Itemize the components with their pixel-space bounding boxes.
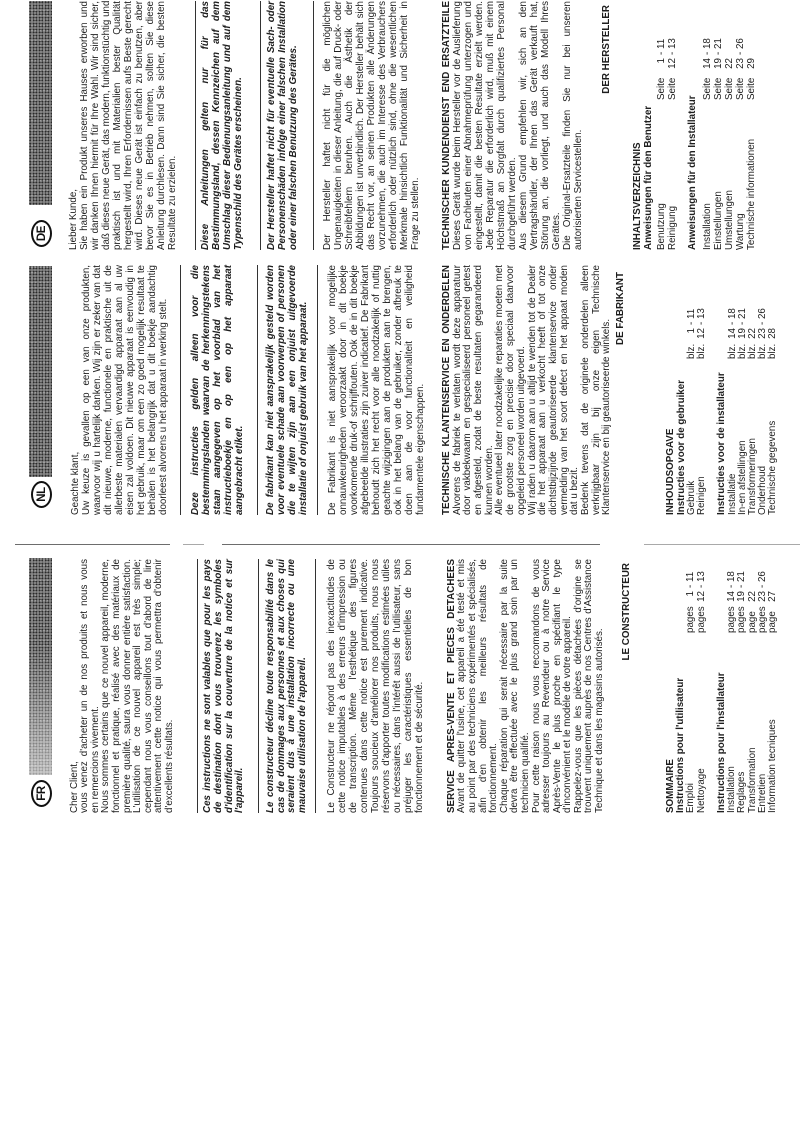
notice-liability: Le constructeur décline toute responsabi… xyxy=(258,559,309,813)
text-line: staan aangegeven op het voorblad van het xyxy=(212,265,223,515)
text-line: doen aan de voor functionaliteit en veil… xyxy=(404,265,415,515)
text-line: instructieboekje en op een op het appara… xyxy=(223,265,234,515)
text-line: vorzunehmen, die auch im Interesse des V… xyxy=(377,1,388,250)
text-line: Toujours soucieux d'améliorer nos produi… xyxy=(370,559,381,813)
halftone-header-bar xyxy=(29,1,52,205)
toc-page-ref: blz.12- 13 xyxy=(697,308,707,359)
fold-line xyxy=(183,544,204,545)
text-line: mauvaise utilisation de l'appareil. xyxy=(298,559,309,813)
text-line: behalen is het belangrijk dat u dit boek… xyxy=(147,265,158,515)
text-line: Personenschäden infolge einer falschen I… xyxy=(277,1,288,250)
text-line: autorisierten Servicestellen. xyxy=(573,1,584,250)
text-line: doorleest alvorens u het apparaat in wer… xyxy=(158,265,169,515)
language-badge-de: DE xyxy=(31,220,52,247)
text-line: durchgeführt werden. xyxy=(507,1,518,250)
text-line: de transcription. Même l'esthétique des … xyxy=(348,559,359,813)
text-line: Resultate zu erzielen. xyxy=(167,1,178,250)
table-of-contents: INHOUDSOPGAVE Instructies voor de gebrui… xyxy=(666,265,778,515)
toc-item: Benutzung Seite1- 11 xyxy=(656,1,667,250)
disclaimer-paragraph: Le Constructeur ne répond pas des inexac… xyxy=(315,559,425,813)
column-body: Cher Client, vous venez d'acheter un de … xyxy=(70,559,779,813)
text-line: eingestellt, damit die besten Resultate … xyxy=(474,1,485,250)
language-badge-nl: NL xyxy=(31,481,52,508)
text-line: ook in het belang van de gebruiker, zond… xyxy=(393,265,404,515)
notice-liability: De fabrikant kan niet aansprakelijk gest… xyxy=(257,265,309,515)
toc-item-label: Reinigung xyxy=(667,206,678,250)
column-fr: FR Cher Client, vous venez d'acheter un … xyxy=(0,559,802,813)
toc-item: Reinigen blz.12- 13 xyxy=(697,265,707,515)
column-de: DE Lieber Kunde, Sie haben ein Produkt u… xyxy=(0,1,802,250)
table-of-contents: SOMMAIRE Instructions pour l'utilisateur… xyxy=(666,559,778,813)
text-line: opgeleid personeel worden uitgevoerd. xyxy=(517,265,528,515)
text-line: fonctionnement et de sécurité. xyxy=(414,559,425,813)
service-section: SERVICE APRES-VENTE ET PIECES DETACHEES … xyxy=(447,559,606,813)
language-badge-fr: FR xyxy=(31,780,52,807)
text-line: Der Hersteller haftet nicht für die mögl… xyxy=(322,1,333,250)
text-line: afgebeelde illustraties zijn zuiver indi… xyxy=(360,265,371,515)
toc-item: Information tecniques page27 xyxy=(768,559,778,813)
toc-group-heading: Instructies voor de gebruiker xyxy=(677,265,687,515)
disclaimer-paragraph: Der Hersteller haftet nicht für die mögl… xyxy=(313,1,421,250)
text-line: Anleitung durchlesen. Dann sind Sie sich… xyxy=(156,1,167,250)
toc-page-ref: page27 xyxy=(768,588,778,633)
toc-group-heading: Anweisungen für den Benutzer xyxy=(643,1,654,250)
text-line: Le Constructeur ne répond pas des inexac… xyxy=(326,559,337,813)
text-line: oder einer falschen Benutzung des Geräte… xyxy=(288,1,299,250)
text-line: De Fabrikant is niet aansprakelijk voor … xyxy=(327,265,338,515)
toc-item: Installation Seite14- 18 xyxy=(702,1,713,250)
text-line: wird. Dieses neue Gerät ist einfach zu b… xyxy=(134,1,145,250)
text-line: waarvoor wij u hartelijk danken. Wij zij… xyxy=(92,265,103,515)
toc-item-label: Technische gegevens xyxy=(768,421,778,515)
column-body: Lieber Kunde, Sie haben ein Produkt unse… xyxy=(68,1,758,250)
text-line: contenues dans cette notice est purement… xyxy=(359,559,370,813)
signature: DE FABRIKANT xyxy=(616,265,627,515)
text-line: Klantenservice en bij geautoriseerde win… xyxy=(602,265,613,515)
service-section: TECHNISCHER KUNDENDIENST END ERSATZTEILE… xyxy=(441,1,584,250)
toc-item: Einstellungen Seite19- 21 xyxy=(713,1,724,250)
text-line: voorkomende druk-of schrijffouten. Ook d… xyxy=(349,265,360,515)
service-section: TECHNISCHE KLANTENSERVICE EN ONDERDELEN … xyxy=(442,265,613,515)
rotated-manual-page: FR Cher Client, vous venez d'acheter un … xyxy=(0,0,802,1134)
text-line: Umschlag dieser Bedienungsanleitung und … xyxy=(222,1,233,250)
toc-page-ref: Seite19- 21 xyxy=(713,38,724,100)
toc-item-label: Reinigen xyxy=(697,476,707,515)
text-line: Merkmale hinsichtlich Funktionalität und… xyxy=(399,1,410,250)
text-line: voor eventuele schade aan voorwerpen of … xyxy=(276,265,287,515)
text-line: Störung an, die vorliegt, und auch das M… xyxy=(540,1,551,250)
text-line: Schreibfehlern beruhen. Auch die Ästheti… xyxy=(344,1,355,250)
text-line: Aus diesem Grund empfehlen wir, sich an … xyxy=(518,1,529,250)
text-line: réservons d'apporter toutes modification… xyxy=(381,559,392,813)
text-line: cette notice imputables à des erreurs d'… xyxy=(337,559,348,813)
text-line: geachte wijzigingen aan de produkten aan… xyxy=(382,265,393,515)
toc-page-ref: Seite14- 18 xyxy=(702,38,713,100)
toc-item-label: Installation xyxy=(702,203,713,250)
text-line: Deze instructies gelden alleen voor die xyxy=(190,265,201,515)
text-line: Frage zu stellen. xyxy=(410,1,421,250)
toc-item: Technische informationen Seite29 xyxy=(746,1,757,250)
text-line: Sie haben ein Produkt unseres Hauses erw… xyxy=(79,1,90,250)
section-heading: TECHNISCHE KLANTENSERVICE EN ONDERDELEN xyxy=(442,265,453,515)
toc-page-ref: blz.28 xyxy=(768,325,778,359)
toc-item: Reinigung Seite12- 13 xyxy=(667,1,678,250)
column-body: Geachte klant, Uw keuze is gevallen op e… xyxy=(70,265,779,515)
text-line: het gebruik, maar om een zo goed mogelij… xyxy=(136,265,147,515)
toc-page-ref: Seite23- 26 xyxy=(735,38,746,100)
fold-line xyxy=(222,544,600,545)
toc-item-label: Einstellungen xyxy=(713,191,724,250)
fold-line xyxy=(15,544,170,545)
text-line: technicien qualifié. xyxy=(521,559,532,813)
text-line: l'appareil. xyxy=(235,559,246,813)
table-of-contents: INHALTSVERZEICHNIS Anweisungen für den B… xyxy=(632,1,757,250)
text-line: Ungenauigkeiten in dieser Anleitung, die… xyxy=(333,1,344,250)
toc-page-ref: Seite1- 11 xyxy=(656,39,667,100)
text-line: Geachte klant, xyxy=(70,265,81,515)
toc-item-label: Wartung xyxy=(735,213,746,250)
text-line: erforderlich oder nützlich sind, ohne di… xyxy=(388,1,399,250)
toc-title: INHALTSVERZEICHNIS xyxy=(632,1,643,250)
text-line: von Fachleuten einer Abnahmeprüfung unte… xyxy=(463,1,474,250)
text-line: De fabrikant kan niet aansprakelijk gest… xyxy=(265,265,276,515)
text-line: préjuger les caractéristiques essentiell… xyxy=(403,559,414,813)
text-line: behoudt zich het recht voor alle noodzak… xyxy=(371,265,382,515)
toc-item-label: Nettoyage xyxy=(697,768,707,813)
text-line: daß dieses neue Gerät, das modern, funkt… xyxy=(101,1,112,250)
toc-item: Technische gegevens blz.28 xyxy=(768,265,778,515)
toc-page-ref: Seite29 xyxy=(746,55,757,100)
text-line: fundamentele eigenschappen. xyxy=(415,265,426,515)
notice-destination: Diese Anleitungen gelten nur für das Bes… xyxy=(195,1,244,250)
text-line: Dieses Gerät wurde beim Hersteller vor d… xyxy=(452,1,463,250)
toc-item-label: Information tecniques xyxy=(768,719,778,813)
toc-item: Wartung Seite23- 26 xyxy=(735,1,746,250)
text-line: Bestimmungsland, dessen Kennzeichen auf … xyxy=(211,1,222,250)
halftone-header-bar xyxy=(29,266,52,477)
text-line: eisen zal voldoen. Dit nieuwe apparaat i… xyxy=(125,265,136,515)
toc-item: Nettoyage pages12- 13 xyxy=(697,559,707,813)
text-line: bevor Sie es in Betrieb nehmen, sollten … xyxy=(145,1,156,250)
text-line: Gerätes. xyxy=(551,1,562,250)
toc-group-heading: Instructions pour l'utilisateur xyxy=(676,559,686,813)
text-line: dit nieuwe, moderne, functionele en prak… xyxy=(103,265,114,515)
text-line: ou nécessaires, dans l'intérêt aussi de … xyxy=(392,559,403,813)
text-line: Lieber Kunde, xyxy=(68,1,79,250)
halftone-header-bar xyxy=(29,558,52,775)
column-nl: NL Geachte klant, Uw keuze is gevallen o… xyxy=(0,265,802,515)
text-line: praktisch ist und mit Materialien bester… xyxy=(112,1,123,250)
text-line: wir danken Ihnen hiermit für Ihre Wahl. … xyxy=(90,1,101,250)
section-heading: TECHNISCHER KUNDENDIENST END ERSATZTEILE xyxy=(441,1,452,250)
text-line: Höchstmaß an Sorgfalt durch qualifiziert… xyxy=(496,1,507,250)
toc-page-ref: Seite12- 13 xyxy=(667,38,678,100)
text-line: Uw keuze is gevallen op een van onze pro… xyxy=(81,265,92,515)
toc-item: Umstellungen Seite22 xyxy=(724,1,735,250)
notice-liability: Der Hersteller haftet nicht für eventuel… xyxy=(260,1,298,250)
text-line: Typenschild des Gerätes erscheinen. xyxy=(233,1,244,250)
text-line: Diese Anleitungen gelten nur für das xyxy=(200,1,211,250)
fold-line xyxy=(644,544,800,545)
text-line: das Recht vor, an seinen Produkten alle … xyxy=(366,1,377,250)
toc-group-heading: Instructies voor de installateur xyxy=(717,265,727,515)
text-line: Jede Reparatur die erforderlich wird, mu… xyxy=(485,1,496,250)
toc-item-label: Umstellungen xyxy=(724,190,735,250)
intro-paragraph: Lieber Kunde, Sie haben ein Produkt unse… xyxy=(68,1,178,250)
disclaimer-paragraph: De Fabrikant is niet aansprakelijk voor … xyxy=(317,265,427,515)
toc-item-label: Technische informationen xyxy=(746,139,757,250)
text-line: Abbildungen ist unverbindlich. Der Herst… xyxy=(355,1,366,250)
notice-destination: Deze instructies gelden alleen voor die … xyxy=(180,265,245,515)
toc-page-ref: Seite22 xyxy=(724,55,735,100)
toc-group-heading: Anweisungen für den Installateur xyxy=(687,1,698,250)
text-line: d'excellents résultats. xyxy=(165,559,176,813)
signature: LE CONSTRUCTEUR xyxy=(622,559,633,813)
text-line: Technique et dans les magasins autorisés… xyxy=(595,559,606,813)
text-line: allerbeste materialen vervaardigd appara… xyxy=(114,265,125,515)
signature: DER HERSTELLER xyxy=(601,1,612,250)
text-line: installatie of onjuist gebruik van het a… xyxy=(298,265,309,515)
toc-page-ref: pages12- 13 xyxy=(697,571,707,633)
text-line: Vertragshändler, der Ihnen das Gerät ver… xyxy=(529,1,540,250)
text-line: au point par des techniciens expérimenté… xyxy=(468,559,479,813)
toc-item-label: Benutzung xyxy=(656,203,667,250)
text-line: hergestellt wird, Ihren Erfordernissen a… xyxy=(123,1,134,250)
intro-paragraph: Geachte klant, Uw keuze is gevallen op e… xyxy=(70,265,169,515)
text-line: Der Hersteller haftet nicht für eventuel… xyxy=(266,1,277,250)
notice-destination: Ces instructions ne sont valables que po… xyxy=(197,559,246,813)
text-line: aangebracht etiket. xyxy=(234,265,245,515)
text-line: die te wijten zijn aan een onjuist uitge… xyxy=(287,265,298,515)
text-line: onnauwkeurigheden veroorzaakt door in di… xyxy=(338,265,349,515)
intro-paragraph: Cher Client, vous venez d'acheter un de … xyxy=(70,559,176,813)
text-line: bestemmingslanden waarvan de herkennings… xyxy=(201,265,212,515)
text-line: Die Original-Ersatzteile finden Sie nur … xyxy=(562,1,573,250)
